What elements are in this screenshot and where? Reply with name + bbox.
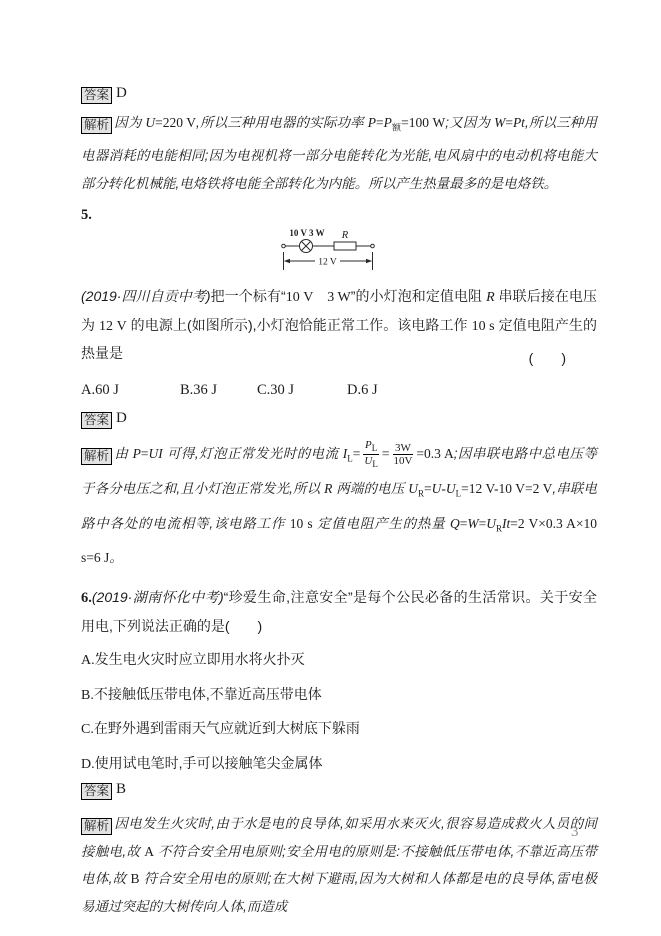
question-stem-q6-text: (2019·湖南怀化中考)“珍爱生命,注意安全”是每个公民必备的生活常识。关于安… xyxy=(81,589,597,634)
answer-row-q5: 答案D xyxy=(81,409,597,428)
answer-row-q6: 答案B xyxy=(81,780,597,799)
options-row-q5: A.60 J B.36 J C.30 J D.6 J xyxy=(81,377,597,405)
question-number-q6: 6. xyxy=(81,590,92,606)
question-stem-q5: (2019·四川自贡中考)把一个标有“10 V 3 W”的小灯泡和定值电阻 R … xyxy=(81,283,597,368)
lamp-rating-label: 10 V 3 W xyxy=(289,228,324,238)
analysis-text-q6: 因电发生火灾时,由于水是电的良导体,如采用水来灭火,很容易造成救火人员的间接触电… xyxy=(81,816,597,914)
analysis-text-q4: 因为 U=220 V,所以三种用电器的实际功率 P=P额=100 W;又因为 W… xyxy=(81,115,597,191)
circuit-figure: 10 V 3 W R 12 V xyxy=(280,225,380,273)
answer-bracket-q5: ( ) xyxy=(529,348,566,368)
terminal-right-icon xyxy=(371,244,375,248)
option-d-q6: D.使用试电笔时,手可以接触笔尖金属体 xyxy=(81,750,597,779)
option-d-q5: D.6 J xyxy=(347,377,378,405)
answer-row-q4: 答案D xyxy=(81,84,597,103)
resistor-icon xyxy=(334,242,356,250)
option-b-q5: B.36 J xyxy=(180,377,257,405)
answer-letter-q4: D xyxy=(116,85,127,101)
answer-letter-q5: D xyxy=(116,410,127,426)
analysis-paragraph-q4: 解析因为 U=220 V,所以三种用电器的实际功率 P=P额=100 W;又因为… xyxy=(81,109,597,197)
worksheet-page: { "labels": { "answer": "答案", "analysis"… xyxy=(0,0,661,936)
option-c-q6: C.在野外遇到雷雨天气应就近到大树底下躲雨 xyxy=(81,715,597,744)
answer-badge: 答案 xyxy=(81,783,112,800)
analysis-text-q5: 由 P=UI 可得,灯泡正常发光时的电流 IL=PLUL=3W10V=0.3 A… xyxy=(81,446,597,565)
answer-letter-q6: B xyxy=(116,781,126,797)
terminal-left-icon xyxy=(282,244,286,248)
page-number: 3 xyxy=(571,824,579,841)
question-stem-q5-wrap: (2019·四川自贡中考)把一个标有“10 V 3 W”的小灯泡和定值电阻 R … xyxy=(81,283,597,368)
analysis-paragraph-q6: 解析因电发生火灾时,由于水是电的良导体,如采用水来灭火,很容易造成救火人员的间接… xyxy=(81,810,597,920)
analysis-badge: 解析 xyxy=(81,117,112,134)
answer-badge: 答案 xyxy=(81,412,112,429)
analysis-paragraph-q5: 解析由 P=UI 可得,灯泡正常发光时的电流 IL=PLUL=3W10V=0.3… xyxy=(81,439,597,573)
question-number-q5: 5. xyxy=(81,205,597,225)
source-voltage-label: 12 V xyxy=(318,258,337,268)
page-content: 答案D 解析因为 U=220 V,所以三种用电器的实际功率 P=P额=100 W… xyxy=(81,0,597,920)
answer-badge: 答案 xyxy=(81,87,112,104)
analysis-badge: 解析 xyxy=(81,818,112,835)
lamp-icon xyxy=(300,240,313,253)
option-a-q5: A.60 J xyxy=(81,377,180,405)
option-b-q6: B.不接触低压带电体,不靠近高压带电体 xyxy=(81,681,597,710)
question-stem-q6: 6.(2019·湖南怀化中考)“珍爱生命,注意安全”是每个公民必备的生活常识。关… xyxy=(81,584,597,640)
option-a-q6: A.发生电火灾时应立即用水将火扑灭 xyxy=(81,646,597,675)
analysis-badge: 解析 xyxy=(81,448,112,465)
resistor-label: R xyxy=(341,230,349,241)
option-c-q5: C.30 J xyxy=(257,377,347,405)
